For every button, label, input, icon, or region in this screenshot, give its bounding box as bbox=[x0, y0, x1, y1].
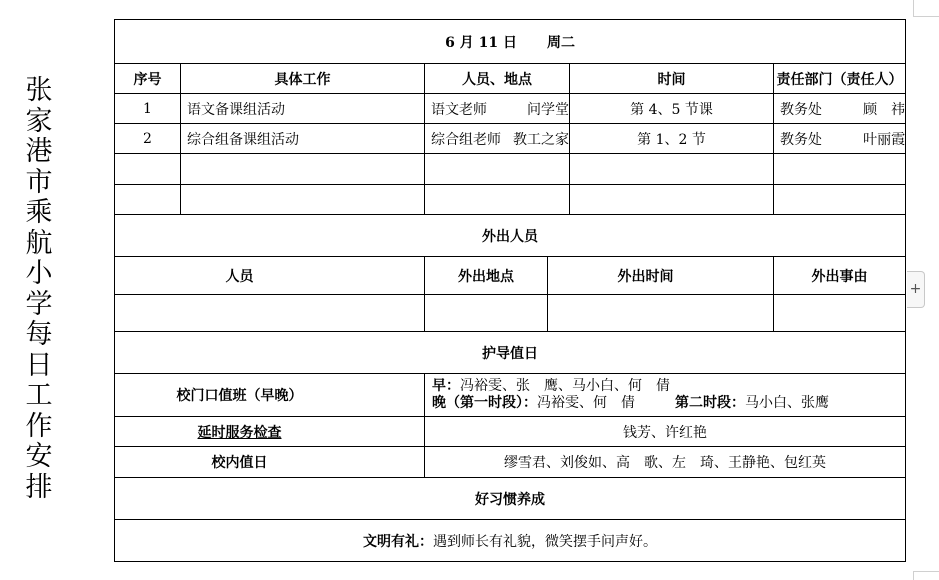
evening2-names: 马小白、张鹰 bbox=[745, 395, 829, 411]
morning-label: 早： bbox=[432, 378, 460, 394]
outing-section-title: 外出人员 bbox=[115, 215, 906, 257]
title-char: 每 bbox=[22, 320, 56, 351]
title-char: 排 bbox=[22, 473, 56, 504]
work-header-row: 序号 具体工作 人员、地点 时间 责任部门（责任人） bbox=[115, 64, 906, 94]
title-char: 航 bbox=[22, 229, 56, 260]
row-place: 教工之家 bbox=[513, 129, 569, 149]
duty-section-title: 护导值日 bbox=[115, 332, 906, 374]
add-row-button[interactable]: + bbox=[907, 271, 925, 308]
campus-duty-row: 校内值日 缪雪君、刘俊如、高 歌、左 琦、王静艳、包红英 bbox=[115, 447, 906, 478]
gate-duty-value[interactable]: 早：冯裕雯、张 鹰、马小白、何 倩 晚（第一时段）：冯裕雯、何 倩第二时段：马小… bbox=[425, 374, 906, 417]
col-header-outing-time: 外出时间 bbox=[548, 257, 774, 295]
title-char: 日 bbox=[22, 351, 56, 382]
gate-duty-label: 校门口值班（早晚） bbox=[115, 374, 425, 417]
col-header-time: 时间 bbox=[570, 64, 774, 94]
row-people-place[interactable] bbox=[425, 185, 570, 215]
page-corner-marker bbox=[913, 571, 939, 580]
row-people: 综合组老师 bbox=[431, 129, 513, 149]
habit-cell[interactable]: 文明有礼：遇到师长有礼貌，微笑摆手问声好。 bbox=[115, 520, 906, 562]
row-dept[interactable]: 教务处顾 祎 bbox=[774, 94, 906, 124]
col-header-task: 具体工作 bbox=[181, 64, 425, 94]
row-owner: 顾 祎 bbox=[863, 99, 905, 119]
delay-check-label-text: 延时服务检查 bbox=[198, 425, 282, 441]
delay-check-value[interactable]: 钱芳、许红艳 bbox=[425, 417, 906, 447]
outing-place-cell[interactable] bbox=[425, 295, 548, 332]
title-char: 张 bbox=[22, 76, 56, 107]
row-dept[interactable] bbox=[774, 185, 906, 215]
title-char: 学 bbox=[22, 290, 56, 321]
row-task[interactable] bbox=[181, 185, 425, 215]
delay-check-row: 延时服务检查 钱芳、许红艳 bbox=[115, 417, 906, 447]
row-dept-name: 教务处 bbox=[780, 129, 863, 149]
title-char: 港 bbox=[22, 137, 56, 168]
col-header-no: 序号 bbox=[115, 64, 181, 94]
outing-reason-cell[interactable] bbox=[774, 295, 906, 332]
table-row: 2 综合组备课组活动 综合组老师教工之家 第 1、2 节 教务处叶丽霞 bbox=[115, 124, 906, 154]
col-header-outing-reason: 外出事由 bbox=[774, 257, 906, 295]
row-dept-name: 教务处 bbox=[780, 99, 863, 119]
date-row: 6 月 11 日周二 bbox=[115, 20, 906, 64]
col-header-person: 人员 bbox=[115, 257, 425, 295]
outing-section-row: 外出人员 bbox=[115, 215, 906, 257]
gate-duty-row: 校门口值班（早晚） 早：冯裕雯、张 鹰、马小白、何 倩 晚（第一时段）：冯裕雯、… bbox=[115, 374, 906, 417]
delay-check-label: 延时服务检查 bbox=[115, 417, 425, 447]
weekday-text: 周二 bbox=[547, 35, 575, 51]
campus-duty-value[interactable]: 缪雪君、刘俊如、高 歌、左 琦、王静艳、包红英 bbox=[425, 447, 906, 478]
duty-section-row: 护导值日 bbox=[115, 332, 906, 374]
outing-row bbox=[115, 295, 906, 332]
habit-section-row: 好习惯养成 bbox=[115, 478, 906, 520]
campus-duty-label: 校内值日 bbox=[115, 447, 425, 478]
habit-row: 文明有礼：遇到师长有礼貌，微笑摆手问声好。 bbox=[115, 520, 906, 562]
row-dept[interactable] bbox=[774, 154, 906, 185]
habit-section-title: 好习惯养成 bbox=[115, 478, 906, 520]
row-time[interactable] bbox=[570, 185, 774, 215]
row-task[interactable] bbox=[181, 154, 425, 185]
col-header-dept: 责任部门（责任人） bbox=[774, 64, 906, 94]
page-corner-marker bbox=[913, 0, 939, 17]
title-char: 乘 bbox=[22, 198, 56, 229]
row-task[interactable]: 综合组备课组活动 bbox=[181, 124, 425, 154]
date-cell[interactable]: 6 月 11 日周二 bbox=[115, 20, 906, 64]
outing-header-row: 人员 外出地点 外出时间 外出事由 bbox=[115, 257, 906, 295]
table-row-empty bbox=[115, 154, 906, 185]
outing-person-cell[interactable] bbox=[115, 295, 425, 332]
title-char: 工 bbox=[22, 381, 56, 412]
row-time[interactable]: 第 1、2 节 bbox=[570, 124, 774, 154]
schedule-table: 6 月 11 日周二 序号 具体工作 人员、地点 时间 责任部门（责任人） 1 … bbox=[114, 19, 906, 562]
outing-time-cell[interactable] bbox=[548, 295, 774, 332]
row-people-place[interactable]: 综合组老师教工之家 bbox=[425, 124, 570, 154]
row-owner: 叶丽霞 bbox=[863, 129, 905, 149]
evening1-label: 晚（第一时段）： bbox=[432, 395, 537, 411]
title-char: 小 bbox=[22, 259, 56, 290]
title-char: 作 bbox=[22, 412, 56, 443]
row-people: 语文老师 bbox=[431, 99, 527, 119]
table-row-empty bbox=[115, 185, 906, 215]
date-text: 6 月 11 日 bbox=[445, 35, 517, 51]
gate-evening-line: 晚（第一时段）：冯裕雯、何 倩第二时段：马小白、张鹰 bbox=[432, 395, 905, 412]
row-no[interactable] bbox=[115, 154, 181, 185]
row-people-place[interactable]: 语文老师问学堂 bbox=[425, 94, 570, 124]
gate-morning-line: 早：冯裕雯、张 鹰、马小白、何 倩 bbox=[432, 378, 905, 395]
row-task[interactable]: 语文备课组活动 bbox=[181, 94, 425, 124]
col-header-outing-place: 外出地点 bbox=[425, 257, 548, 295]
row-time[interactable] bbox=[570, 154, 774, 185]
row-time[interactable]: 第 4、5 节课 bbox=[570, 94, 774, 124]
habit-label: 文明有礼： bbox=[363, 534, 433, 550]
document-title-vertical: 张 家 港 市 乘 航 小 学 每 日 工 作 安 排 bbox=[22, 76, 56, 503]
evening2-label: 第二时段： bbox=[675, 395, 745, 411]
title-char: 市 bbox=[22, 168, 56, 199]
evening1-names: 冯裕雯、何 倩 bbox=[537, 395, 635, 411]
plus-icon: + bbox=[910, 281, 922, 297]
row-no[interactable] bbox=[115, 185, 181, 215]
row-no[interactable]: 1 bbox=[115, 94, 181, 124]
habit-text: 遇到师长有礼貌，微笑摆手问声好。 bbox=[433, 534, 657, 550]
title-char: 安 bbox=[22, 442, 56, 473]
row-dept[interactable]: 教务处叶丽霞 bbox=[774, 124, 906, 154]
morning-names: 冯裕雯、张 鹰、马小白、何 倩 bbox=[460, 378, 670, 394]
row-place: 问学堂 bbox=[527, 99, 569, 119]
table-row: 1 语文备课组活动 语文老师问学堂 第 4、5 节课 教务处顾 祎 bbox=[115, 94, 906, 124]
row-people-place[interactable] bbox=[425, 154, 570, 185]
col-header-people-place: 人员、地点 bbox=[425, 64, 570, 94]
row-no[interactable]: 2 bbox=[115, 124, 181, 154]
title-char: 家 bbox=[22, 107, 56, 138]
